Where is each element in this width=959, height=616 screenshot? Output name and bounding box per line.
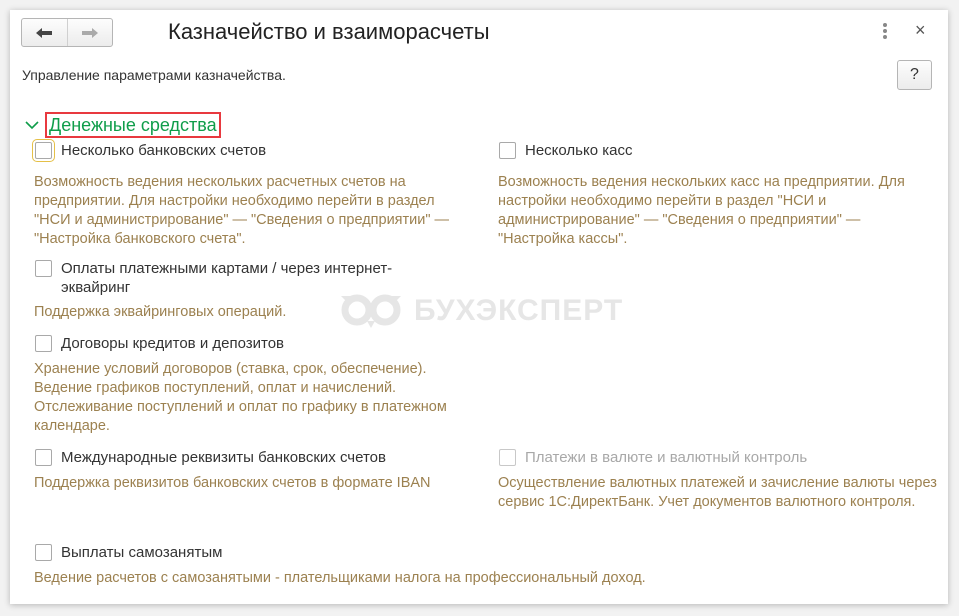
help-button[interactable]: ? — [897, 60, 932, 90]
option-description: Возможность ведения нескольких касс на п… — [498, 173, 938, 249]
option-description: Поддержка реквизитов банковских счетов в… — [34, 474, 464, 493]
option-international-requisites: Международные реквизиты банковских счето… — [35, 448, 386, 467]
option-label: Платежи в валюте и валютный контроль — [525, 448, 807, 467]
more-vertical-icon[interactable] — [880, 22, 890, 42]
checkbox[interactable] — [35, 142, 52, 159]
option-label: Договоры кредитов и депозитов — [61, 334, 284, 353]
group-title-link[interactable]: Денежные средства — [45, 112, 221, 138]
checkbox[interactable] — [35, 449, 52, 466]
option-currency-payments: Платежи в валюте и валютный контроль — [499, 448, 807, 467]
group-header: Денежные средства — [24, 112, 221, 138]
option-description: Хранение условий договоров (ставка, срок… — [34, 360, 479, 436]
option-description: Ведение расчетов с самозанятыми - плател… — [34, 569, 934, 588]
checkbox[interactable] — [35, 335, 52, 352]
checkbox[interactable] — [499, 449, 516, 466]
navigation-buttons — [21, 18, 113, 47]
option-loans-deposits: Договоры кредитов и депозитов — [35, 334, 284, 353]
option-card-payments: Оплаты платежными картами / через интерн… — [35, 259, 395, 297]
checkbox[interactable] — [499, 142, 516, 159]
back-button[interactable] — [22, 19, 67, 46]
option-multiple-cash-desks: Несколько касс — [499, 141, 632, 160]
watermark-text: БУХЭКСПЕРТ — [414, 294, 623, 328]
option-description: Возможность ведения нескольких расчетных… — [34, 173, 474, 249]
owl-logo-icon — [340, 293, 402, 329]
option-label: Несколько банковских счетов — [61, 141, 266, 160]
option-label: Оплаты платежными картами / через интерн… — [61, 259, 395, 297]
option-label: Международные реквизиты банковских счето… — [61, 448, 386, 467]
arrow-left-icon — [35, 27, 53, 39]
arrow-right-icon — [81, 27, 99, 39]
window-subtitle: Управление параметрами казначейства. — [22, 67, 286, 83]
option-description: Осуществление валютных платежей и зачисл… — [498, 474, 938, 512]
window-title: Казначейство и взаиморасчеты — [168, 19, 490, 45]
option-multiple-bank-accounts: Несколько банковских счетов — [35, 141, 266, 160]
checkbox[interactable] — [35, 260, 52, 277]
settings-window: Казначейство и взаиморасчеты × Управлени… — [10, 10, 948, 604]
option-self-employed-payments: Выплаты самозанятым — [35, 543, 222, 562]
forward-button[interactable] — [67, 19, 113, 46]
option-label: Выплаты самозанятым — [61, 543, 222, 562]
checkbox[interactable] — [35, 544, 52, 561]
watermark: БУХЭКСПЕРТ — [340, 293, 623, 329]
chevron-down-icon[interactable] — [24, 117, 40, 133]
close-button[interactable]: × — [915, 20, 926, 41]
option-label: Несколько касс — [525, 141, 632, 160]
